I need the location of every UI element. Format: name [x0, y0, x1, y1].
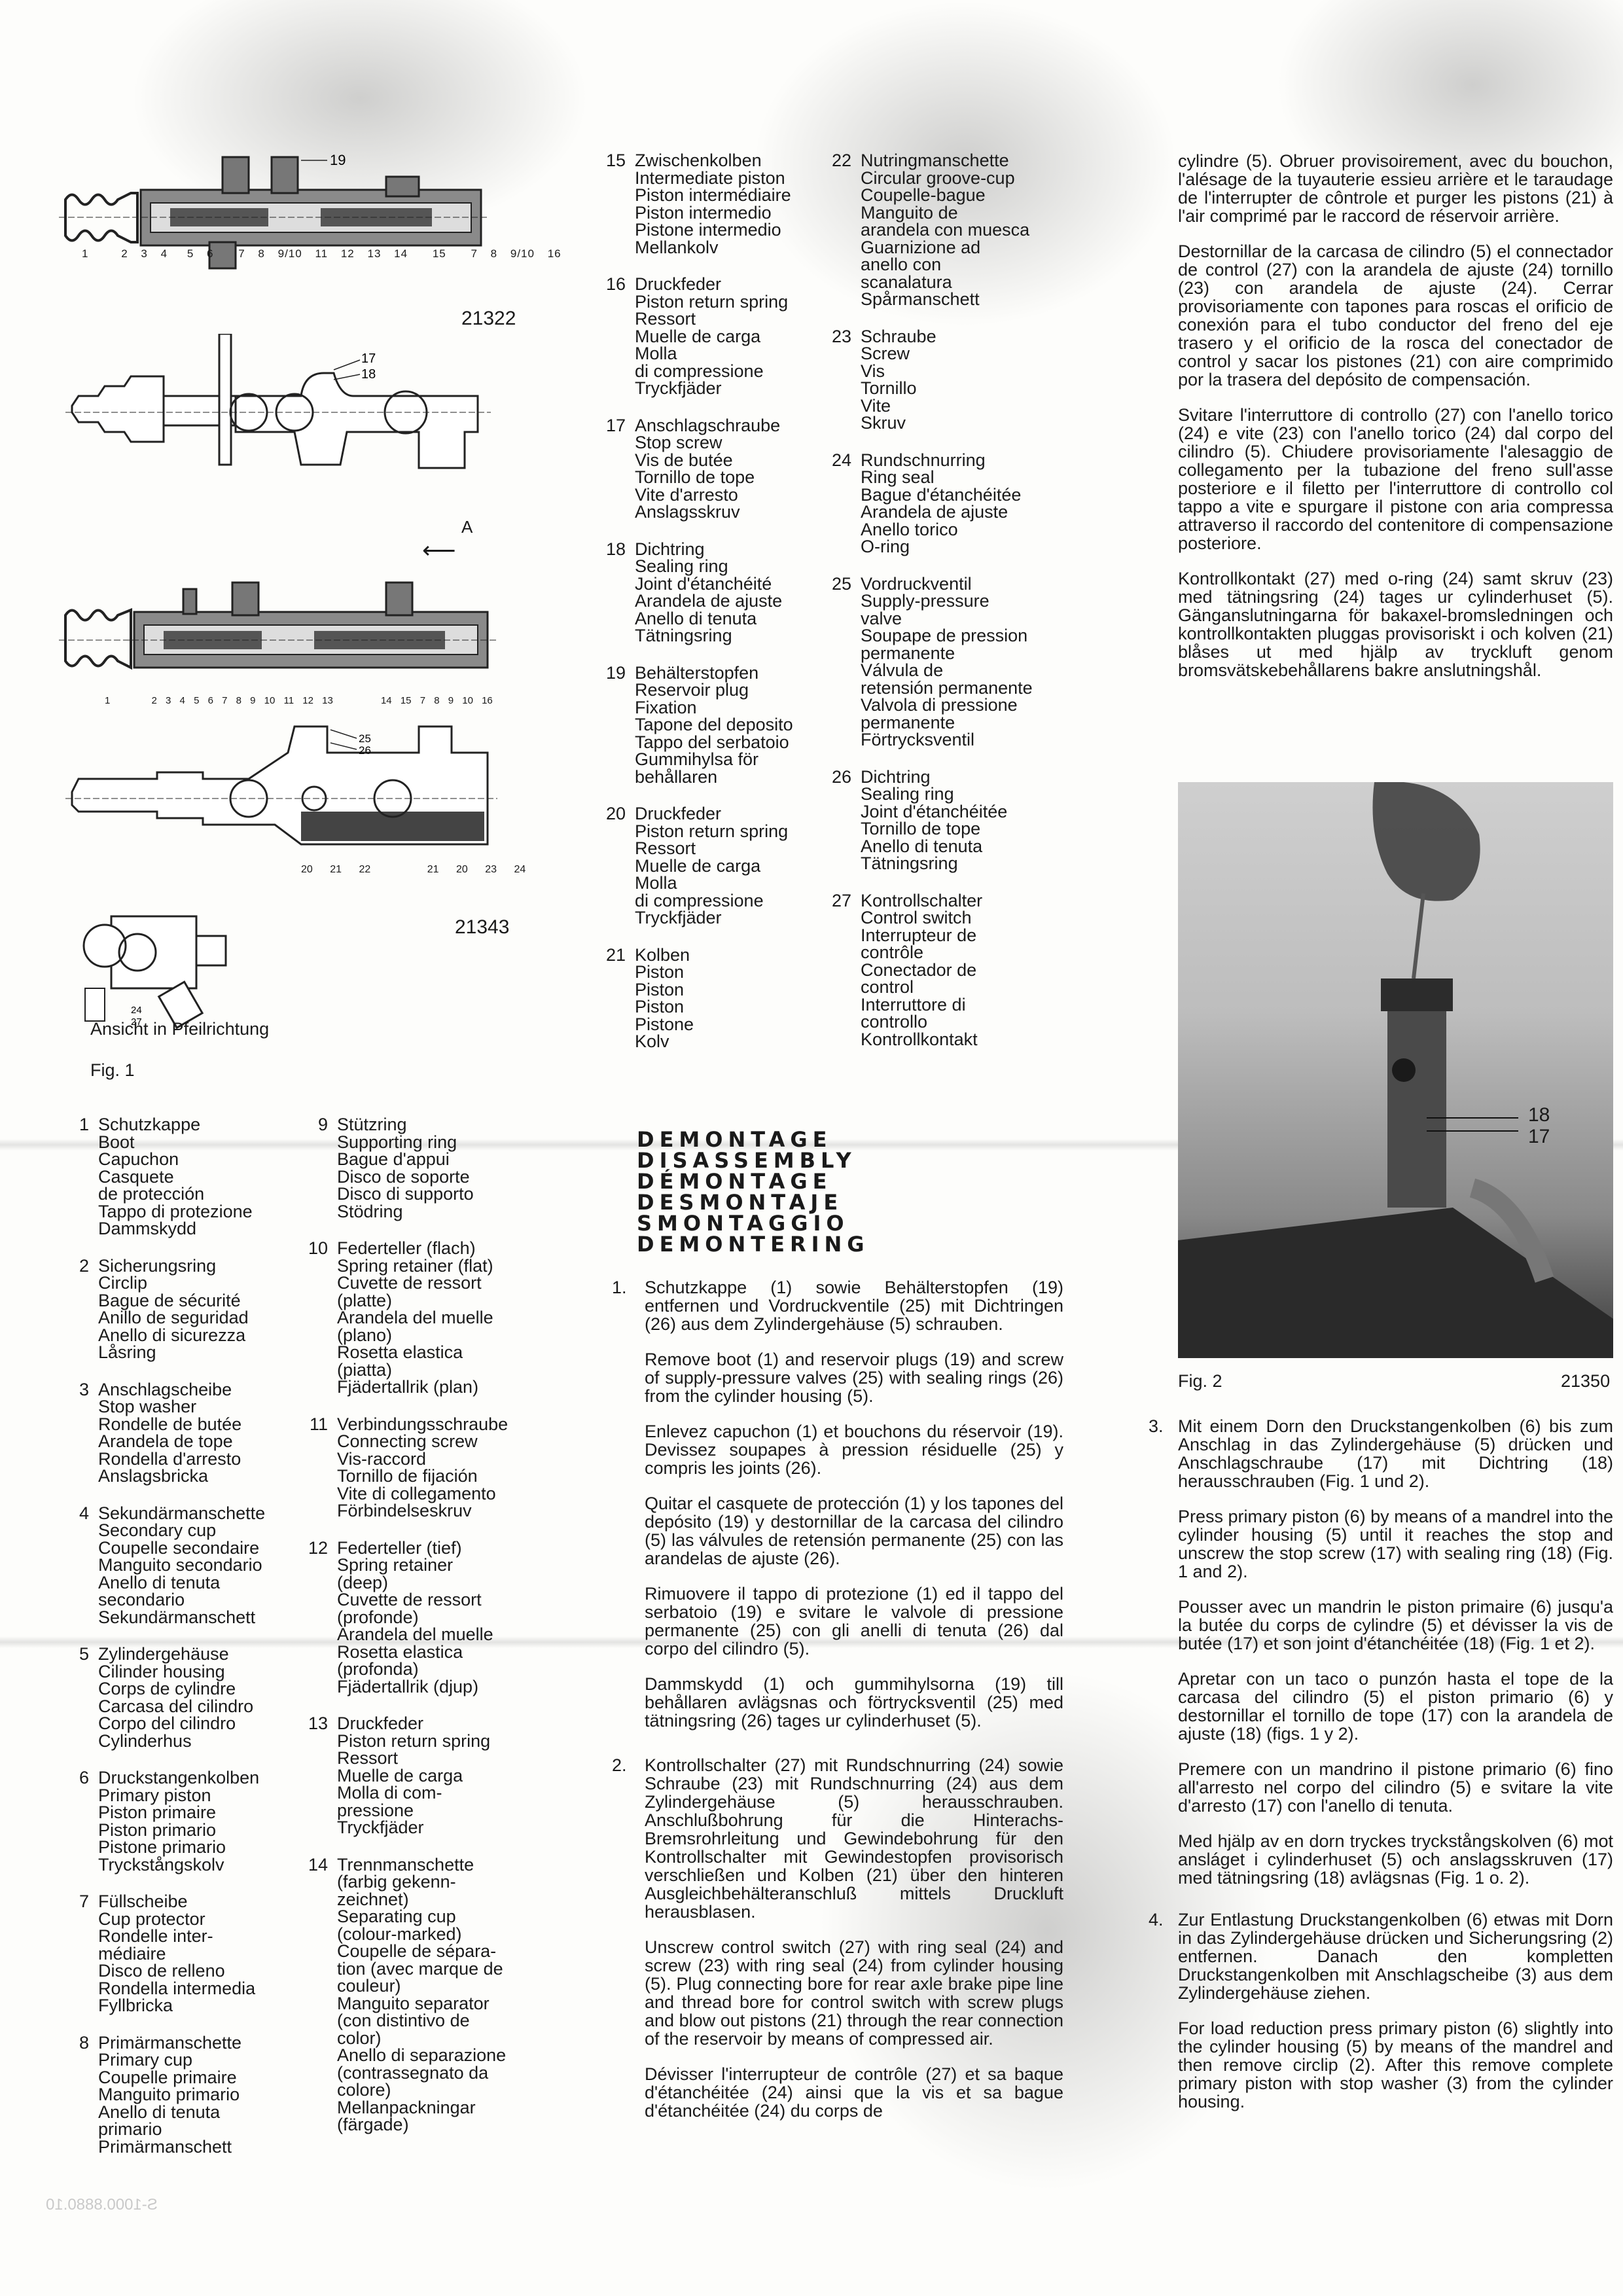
legend-item-9: 9 StützringSupporting ringBague d'appuiD…: [291, 1116, 592, 1220]
svg-text:18: 18: [361, 367, 376, 382]
parts-legend-1-8: 1 SchutzkappeBootCapuchonCasquetede prot…: [52, 1116, 314, 2175]
steps-3-4: 3. Mit einem Dorn den Druckstangenkolben…: [1149, 1417, 1613, 2128]
legend-item-17: 17 AnschlagschraubeStop screwVis de buté…: [589, 417, 851, 521]
legend-item-22: 22 NutringmanschetteCircular groove-cupC…: [815, 152, 1096, 308]
step-1-de: Schutzkappe (1) sowie Behälterstopfen (1…: [645, 1278, 1063, 1333]
legend-item-11: 11 VerbindungsschraubeConnecting screwVi…: [291, 1416, 592, 1520]
svg-text:24: 24: [131, 1005, 142, 1016]
step-1-it: Rimuovere il tappo di protezione (1) ed …: [645, 1585, 1063, 1658]
legend-item-19: 19 BehälterstopfenReservoir plugFixation…: [589, 664, 851, 786]
legend-item-1: 1 SchutzkappeBootCapuchonCasquetede prot…: [52, 1116, 314, 1238]
legend-item-12: 12 Federteller (tief)Spring retainer(dee…: [291, 1539, 592, 1696]
legend-item-15: 15 ZwischenkolbenIntermediate pistonPist…: [589, 152, 851, 256]
master-cylinder-section-drawing: 19: [52, 137, 576, 308]
legend-item-24: 24 RundschnurringRing sealBague d'étanch…: [815, 452, 1096, 556]
photo-number-21350: 21350: [1561, 1371, 1610, 1391]
footer-code: S-1000.8880.10: [46, 2196, 158, 2214]
step-3-sv: Med hjälp av en dorn tryckes tryckstångs…: [1178, 1832, 1613, 1887]
legend-item-21: 21 KolbenPistonPistonPistonPistoneKolv: [589, 946, 851, 1050]
step-3-it: Premere con un mandrino il pistone prima…: [1178, 1760, 1613, 1815]
svg-text:17: 17: [361, 351, 376, 366]
step-1-en: Remove boot (1) and reservoir plugs (19)…: [645, 1350, 1063, 1405]
legend-item-7: 7 FüllscheibeCup protectorRondelle inter…: [52, 1893, 314, 2015]
step-2: 2. Kontrollschalter (27) mit Rundschnurr…: [612, 1756, 1063, 2137]
legend-item-16: 16 DruckfederPiston return springRessort…: [589, 276, 851, 397]
legend-item-2: 2 SicherungsringCirclipBague de sécurité…: [52, 1257, 314, 1361]
master-cylinder-section-2-drawing: [52, 569, 576, 700]
step-2-fr-cont: cylindre (5). Obruer provisoirement, ave…: [1178, 152, 1613, 225]
arrow-left-icon: ⟵: [422, 537, 456, 564]
figure-1-label: Fig. 1: [90, 1060, 135, 1081]
svg-text:26: 26: [359, 744, 371, 757]
step-1: 1. Schutzkappe (1) sowie Behälterstopfen…: [612, 1278, 1063, 1747]
step-4-en: For load reduction press primary piston …: [1178, 2019, 1613, 2111]
step-4-de: Zur Entlastung Druckstangenkolben (6) et…: [1178, 1910, 1613, 2002]
legend-item-23: 23 SchraubeScrewVisTornilloViteSkruv: [815, 328, 1096, 432]
legend-item-8: 8 PrimärmanschettePrimary cupCoupelle pr…: [52, 2034, 314, 2156]
parts-legend-15-21: 15 ZwischenkolbenIntermediate pistonPist…: [589, 152, 851, 1070]
step-1-sv: Dammskydd (1) och gummihylsorna (19) til…: [645, 1675, 1063, 1730]
svg-text:19: 19: [330, 152, 346, 168]
step-3-de: Mit einem Dorn den Druckstangenkolben (6…: [1178, 1417, 1613, 1490]
heading-es: DESMONTAJE: [637, 1192, 1063, 1213]
step-1-fr: Enlevez capuchon (1) et bouchons du rése…: [645, 1422, 1063, 1477]
step-2-en: Unscrew control switch (27) with ring se…: [645, 1938, 1063, 2048]
legend-item-26: 26 DichtringSealing ringJoint d'étanchéi…: [815, 768, 1096, 872]
disassembly-section: DEMONTAGE DISASSEMBLY DÉMONTAGE DESMONTA…: [612, 1129, 1063, 2137]
section-view-2-labels: 1 2 3 4 5 6 7 8 9 10 11 12 13 14 15 7 8 …: [52, 695, 497, 706]
heading-en: DISASSEMBLY: [637, 1150, 1063, 1171]
step-4: 4. Zur Entlastung Druckstangenkolben (6)…: [1149, 1910, 1613, 2128]
master-cylinder-end-view-drawing: 24 27: [79, 897, 249, 1034]
legend-item-14: 14 Trennmanschette(farbig gekenn-zeichne…: [291, 1856, 592, 2134]
legend-item-6: 6 DruckstangenkolbenPrimary pistonPiston…: [52, 1769, 314, 1873]
figure-2-photo: 18 17: [1178, 782, 1613, 1358]
legend-item-3: 3 AnschlagscheibeStop washerRondelle de …: [52, 1381, 314, 1485]
drawing-number-21322: 21322: [461, 308, 516, 330]
legend-item-5: 5 ZylindergehäuseCilinder housingCorps d…: [52, 1645, 314, 1749]
step-2-fr-start: Dévisser l'interrupteur de contrôle (27)…: [645, 2065, 1063, 2120]
legend-item-25: 25 VordruckventilSupply-pressurevalveSou…: [815, 575, 1096, 749]
legend-item-10: 10 Federteller (flach)Spring retainer (f…: [291, 1240, 592, 1396]
legend-item-20: 20 DruckfederPiston return springRessort…: [589, 805, 851, 927]
heading-de: DEMONTAGE: [637, 1129, 1063, 1150]
step-3-en: Press primary piston (6) by means of a m…: [1178, 1507, 1613, 1581]
legend-item-27: 27 KontrollschalterControl switchInterru…: [815, 892, 1096, 1049]
right-column-continued: cylindre (5). Obruer provisoirement, ave…: [1178, 152, 1613, 696]
heading-sv: DEMONTERING: [637, 1234, 1063, 1255]
view-caption: Ansicht in Pfeilrichtung: [90, 1019, 269, 1039]
parts-legend-22-27: 22 NutringmanschetteCircular groove-cupC…: [815, 152, 1096, 1067]
callout-lines: [1427, 1109, 1525, 1132]
drawing-number-21343: 21343: [455, 916, 509, 939]
master-cylinder-valve-view-drawing: 25 26: [52, 713, 576, 870]
step-3: 3. Mit einem Dorn den Druckstangenkolben…: [1149, 1417, 1613, 1904]
mandrel-in-vise-illustration: [1178, 782, 1613, 1358]
step-2-es: Destornillar de la carcasa de cilindro (…: [1178, 242, 1613, 389]
step-3-fr: Pousser avec un mandrin le piston primai…: [1178, 1598, 1613, 1653]
callout-17: 17: [1528, 1126, 1550, 1148]
view-arrow-a: A ⟵: [422, 537, 456, 564]
callout-18: 18: [1528, 1104, 1550, 1126]
step-2-de: Kontrollschalter (27) mit Rundschnurring…: [645, 1756, 1063, 1921]
figure-2-label: Fig. 2: [1178, 1371, 1222, 1391]
step-2-sv: Kontrollkontakt (27) med o-ring (24) sam…: [1178, 569, 1613, 679]
section-view-1-labels: 1 2 3 4 5 6 7 8 9/10 11 12 13 14 15 7 8 …: [52, 247, 478, 260]
legend-item-13: 13 DruckfederPiston return springRessort…: [291, 1715, 592, 1837]
disassembly-headings: DEMONTAGE DISASSEMBLY DÉMONTAGE DESMONTA…: [637, 1129, 1063, 1255]
legend-item-18: 18 DichtringSealing ringJoint d'étanchéi…: [589, 541, 851, 645]
step-2-it: Svitare l'interruttore di controllo (27)…: [1178, 406, 1613, 552]
bottom-section-labels: 20 21 22 21 20 23 24: [301, 864, 526, 876]
parts-legend-9-14: 9 StützringSupporting ringBague d'appuiD…: [291, 1116, 592, 2153]
step-1-es: Quitar el casquete de protección (1) y l…: [645, 1494, 1063, 1568]
step-3-es: Apretar con un taco o punzón hasta el to…: [1178, 1670, 1613, 1743]
heading-it: SMONTAGGIO: [637, 1213, 1063, 1234]
figure-1: 19 1 2 3 4 5 6 7 8 9/10 11 12 13 14 15 7…: [52, 137, 576, 1086]
svg-text:25: 25: [359, 732, 371, 745]
legend-item-4: 4 SekundärmanschetteSecondary cupCoupell…: [52, 1505, 314, 1626]
heading-fr: DÉMONTAGE: [637, 1171, 1063, 1192]
master-cylinder-side-view-drawing: 17 18: [52, 334, 576, 484]
